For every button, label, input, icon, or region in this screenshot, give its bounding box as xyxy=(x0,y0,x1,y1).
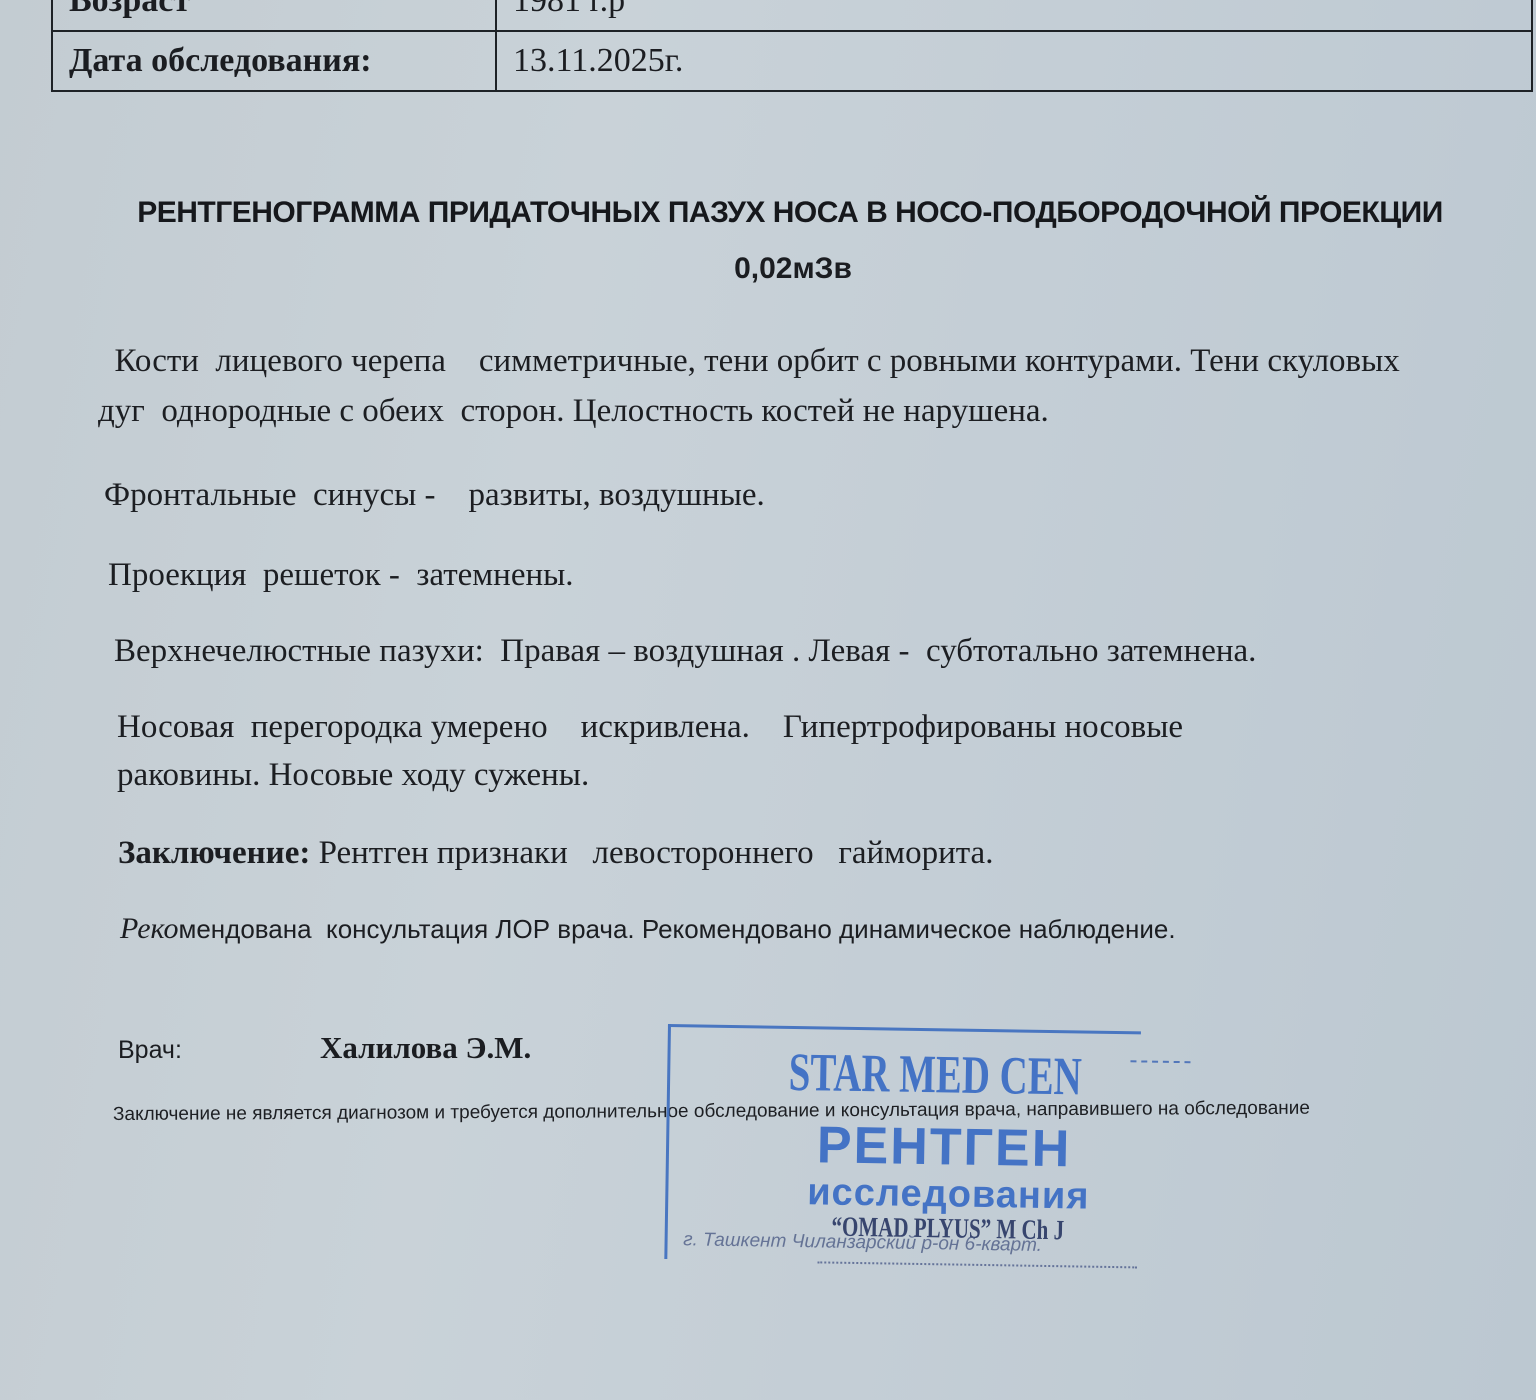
report-title: РЕНТГЕНОГРАММА ПРИДАТОЧНЫХ ПАЗУХ НОСА В … xyxy=(0,196,1536,230)
finding-nasal-septum: Носовая перегородка умерено искривлена. … xyxy=(117,703,1317,799)
finding-ethmoid: Проекция решеток - затемнены. xyxy=(108,550,574,600)
clinic-stamp: STAR MED CEN РЕНТГЕН исследования “OMAD … xyxy=(664,1024,1141,1266)
finding-maxillary-sinuses: Верхнечелюстные пазухи: Правая – воздушн… xyxy=(114,626,1256,676)
conclusion-text: Рентген признаки левостороннего гайморит… xyxy=(310,835,993,871)
stamp-clinic-name: STAR MED CEN xyxy=(766,1041,1105,1108)
conclusion: Заключение: Рентген признаки левосторонн… xyxy=(118,828,993,878)
exam-date-value: 13.11.2025г. xyxy=(496,31,1532,91)
stamp-border-dash xyxy=(1130,1060,1190,1063)
medical-report-page: Возраст 1981 г.р Дата обследования: 13.1… xyxy=(0,0,1536,1400)
recommendation-italic: Реко xyxy=(120,912,178,945)
stamp-border-bottom xyxy=(817,1261,1137,1268)
recommendation: Рекомендована консультация ЛОР врача. Ре… xyxy=(120,904,1176,954)
age-value: 1981 г.р xyxy=(496,0,1532,31)
finding-frontal-sinuses: Фронтальные синусы - развиты, воздушные. xyxy=(104,470,765,520)
patient-info-table: Возраст 1981 г.р Дата обследования: 13.1… xyxy=(51,0,1533,92)
radiation-dose: 0,02мЗв xyxy=(0,252,1536,286)
age-label: Возраст xyxy=(52,0,496,31)
exam-date-label: Дата обследования: xyxy=(52,31,496,91)
recommendation-text: мендована консультация ЛОР врача. Рекоме… xyxy=(178,914,1175,944)
doctor-name: Халилова Э.М. xyxy=(320,1030,531,1066)
finding-facial-bones: Кости лицевого черепа симметричные, тени… xyxy=(98,336,1458,436)
table-row: Дата обследования: 13.11.2025г. xyxy=(52,31,1532,91)
doctor-label: Врач: xyxy=(118,1036,182,1065)
conclusion-label: Заключение: xyxy=(118,835,310,871)
table-row: Возраст 1981 г.р xyxy=(52,0,1532,31)
